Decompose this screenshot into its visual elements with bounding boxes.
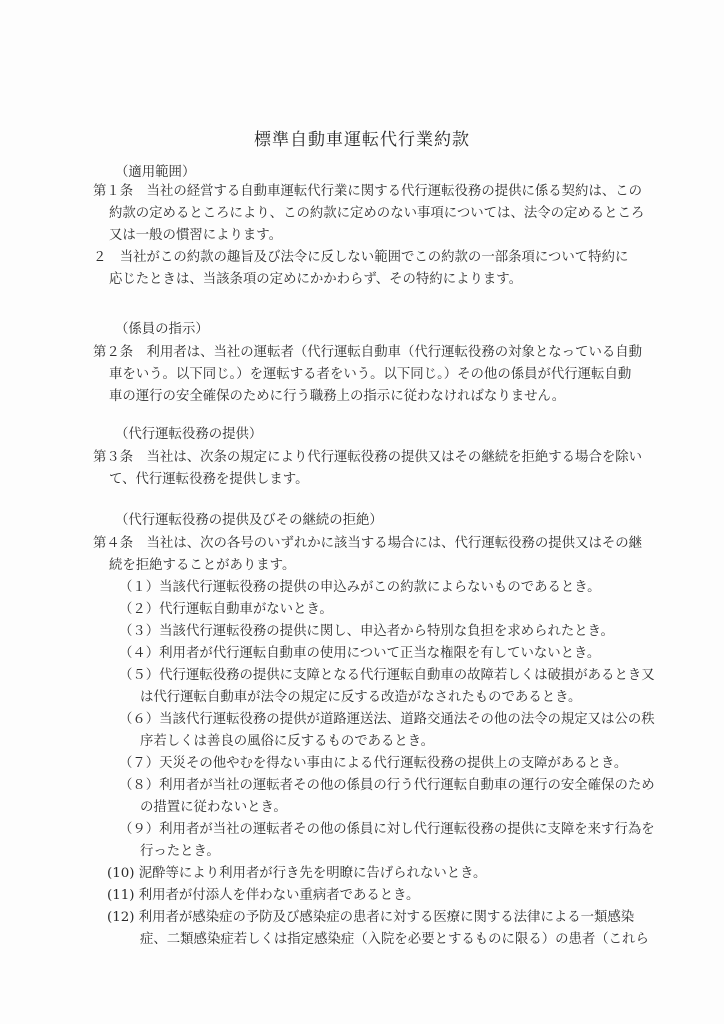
item-9-line-2: 行ったとき。 [140,842,220,862]
article-3-heading: （代行運転役務の提供） [115,425,262,445]
item-9-line-1: （９）利用者が当社の運転者その他の係員に対し代行運転役務の提供に支障を来す行為を [119,820,655,840]
article-4-heading: （代行運転役務の提供及びその継続の拒絶） [115,511,383,531]
item-12-line-2: 症、二類感染症若しくは指定感染症（入院を必要とするものに限る）の患者（これら [140,930,649,950]
item-7: （７）天災その他やむを得ない事由による代行運転役務の提供上の支障があるとき。 [119,754,627,774]
item-12-line-1: (12) 利用者が感染症の予防及び感染症の患者に対する医療に関する法律による一類… [107,908,634,928]
article-4-line-2: 続を拒絶することがあります。 [109,556,295,576]
article-3-line-2: て、代行運転役務を提供します。 [109,470,309,490]
item-3: （３）当該代行運転役務の提供に関し、申込者から特別な負担を求められたとき。 [119,622,614,642]
article-4-line-1: 第４条 当社は、次の各号のいずれかに該当する場合には、代行運転役務の提供又はその… [93,534,642,554]
document-title: 標準自動車運転代行業約款 [0,125,724,150]
item-10: (10) 泥酔等により利用者が行き先を明瞭に告げられないとき。 [107,864,486,884]
article-1-line-1: 第１条 当社の経営する自動車運転代行業に関する代行運転役務の提供に係る契約は、こ… [93,182,642,202]
item-6-line-2: 序若しくは善良の風俗に反するものであるとき。 [140,732,434,752]
item-11: (11) 利用者が付添人を伴わない重病者であるとき。 [107,886,419,906]
item-8-line-1: （８）利用者が当社の運転者その他の係員の行う代行運転自動車の運行の安全確保のため [119,776,655,796]
article-1-para-2-line-1: ２ 当社がこの約款の趣旨及び法令に反しない範囲でこの約款の一部条項について特約に [93,248,628,268]
item-8-line-2: の措置に従わないとき。 [140,798,287,818]
item-4: （４）利用者が代行運転自動車の使用について正当な権限を有していないとき。 [119,644,600,664]
article-1-line-3: 又は一般の慣習によります。 [109,226,282,246]
article-3-line-1: 第３条 当社は、次条の規定により代行運転役務の提供又はその継続を拒絶する場合を除… [93,448,642,468]
article-1-para-2-line-2: 応じたときは、当該条項の定めにかかわらず、その特約によります。 [109,270,522,290]
article-1-line-2: 約款の定めるところにより、この約款に定めのない事項については、法令の定めるところ [109,204,644,224]
article-2-line-3: 車の運行の安全確保のために行う職務上の指示に従わなければなりません。 [109,387,565,407]
item-2: （２）代行運転自動車がないとき。 [119,600,333,620]
document-page: 標準自動車運転代行業約款 （適用範囲） 第１条 当社の経営する自動車運転代行業に… [0,0,724,1024]
article-2-line-1: 第２条 利用者は、当社の運転者（代行運転自動車（代行運転役務の対象となっている自… [93,343,642,363]
item-1: （１）当該代行運転役務の提供の申込みがこの約款によらないものであるとき。 [119,578,601,598]
item-5-line-2: は代行運転自動車が法令の規定に反する改造がなされたものであるとき。 [140,688,581,708]
article-1-heading: （適用範囲） [115,163,195,183]
article-2-heading: （係員の指示） [115,320,209,340]
item-6-line-1: （６）当該代行運転役務の提供が道路運送法、道路交通法その他の法令の規定又は公の秩 [119,710,655,730]
item-5-line-1: （５）代行運転役務の提供に支障となる代行運転自動車の故障若しくは破損があるとき又 [119,666,655,686]
article-2-line-2: 車をいう。以下同じ。）を運転する者をいう。以下同じ。）その他の係員が代行運転自動 [109,365,631,385]
